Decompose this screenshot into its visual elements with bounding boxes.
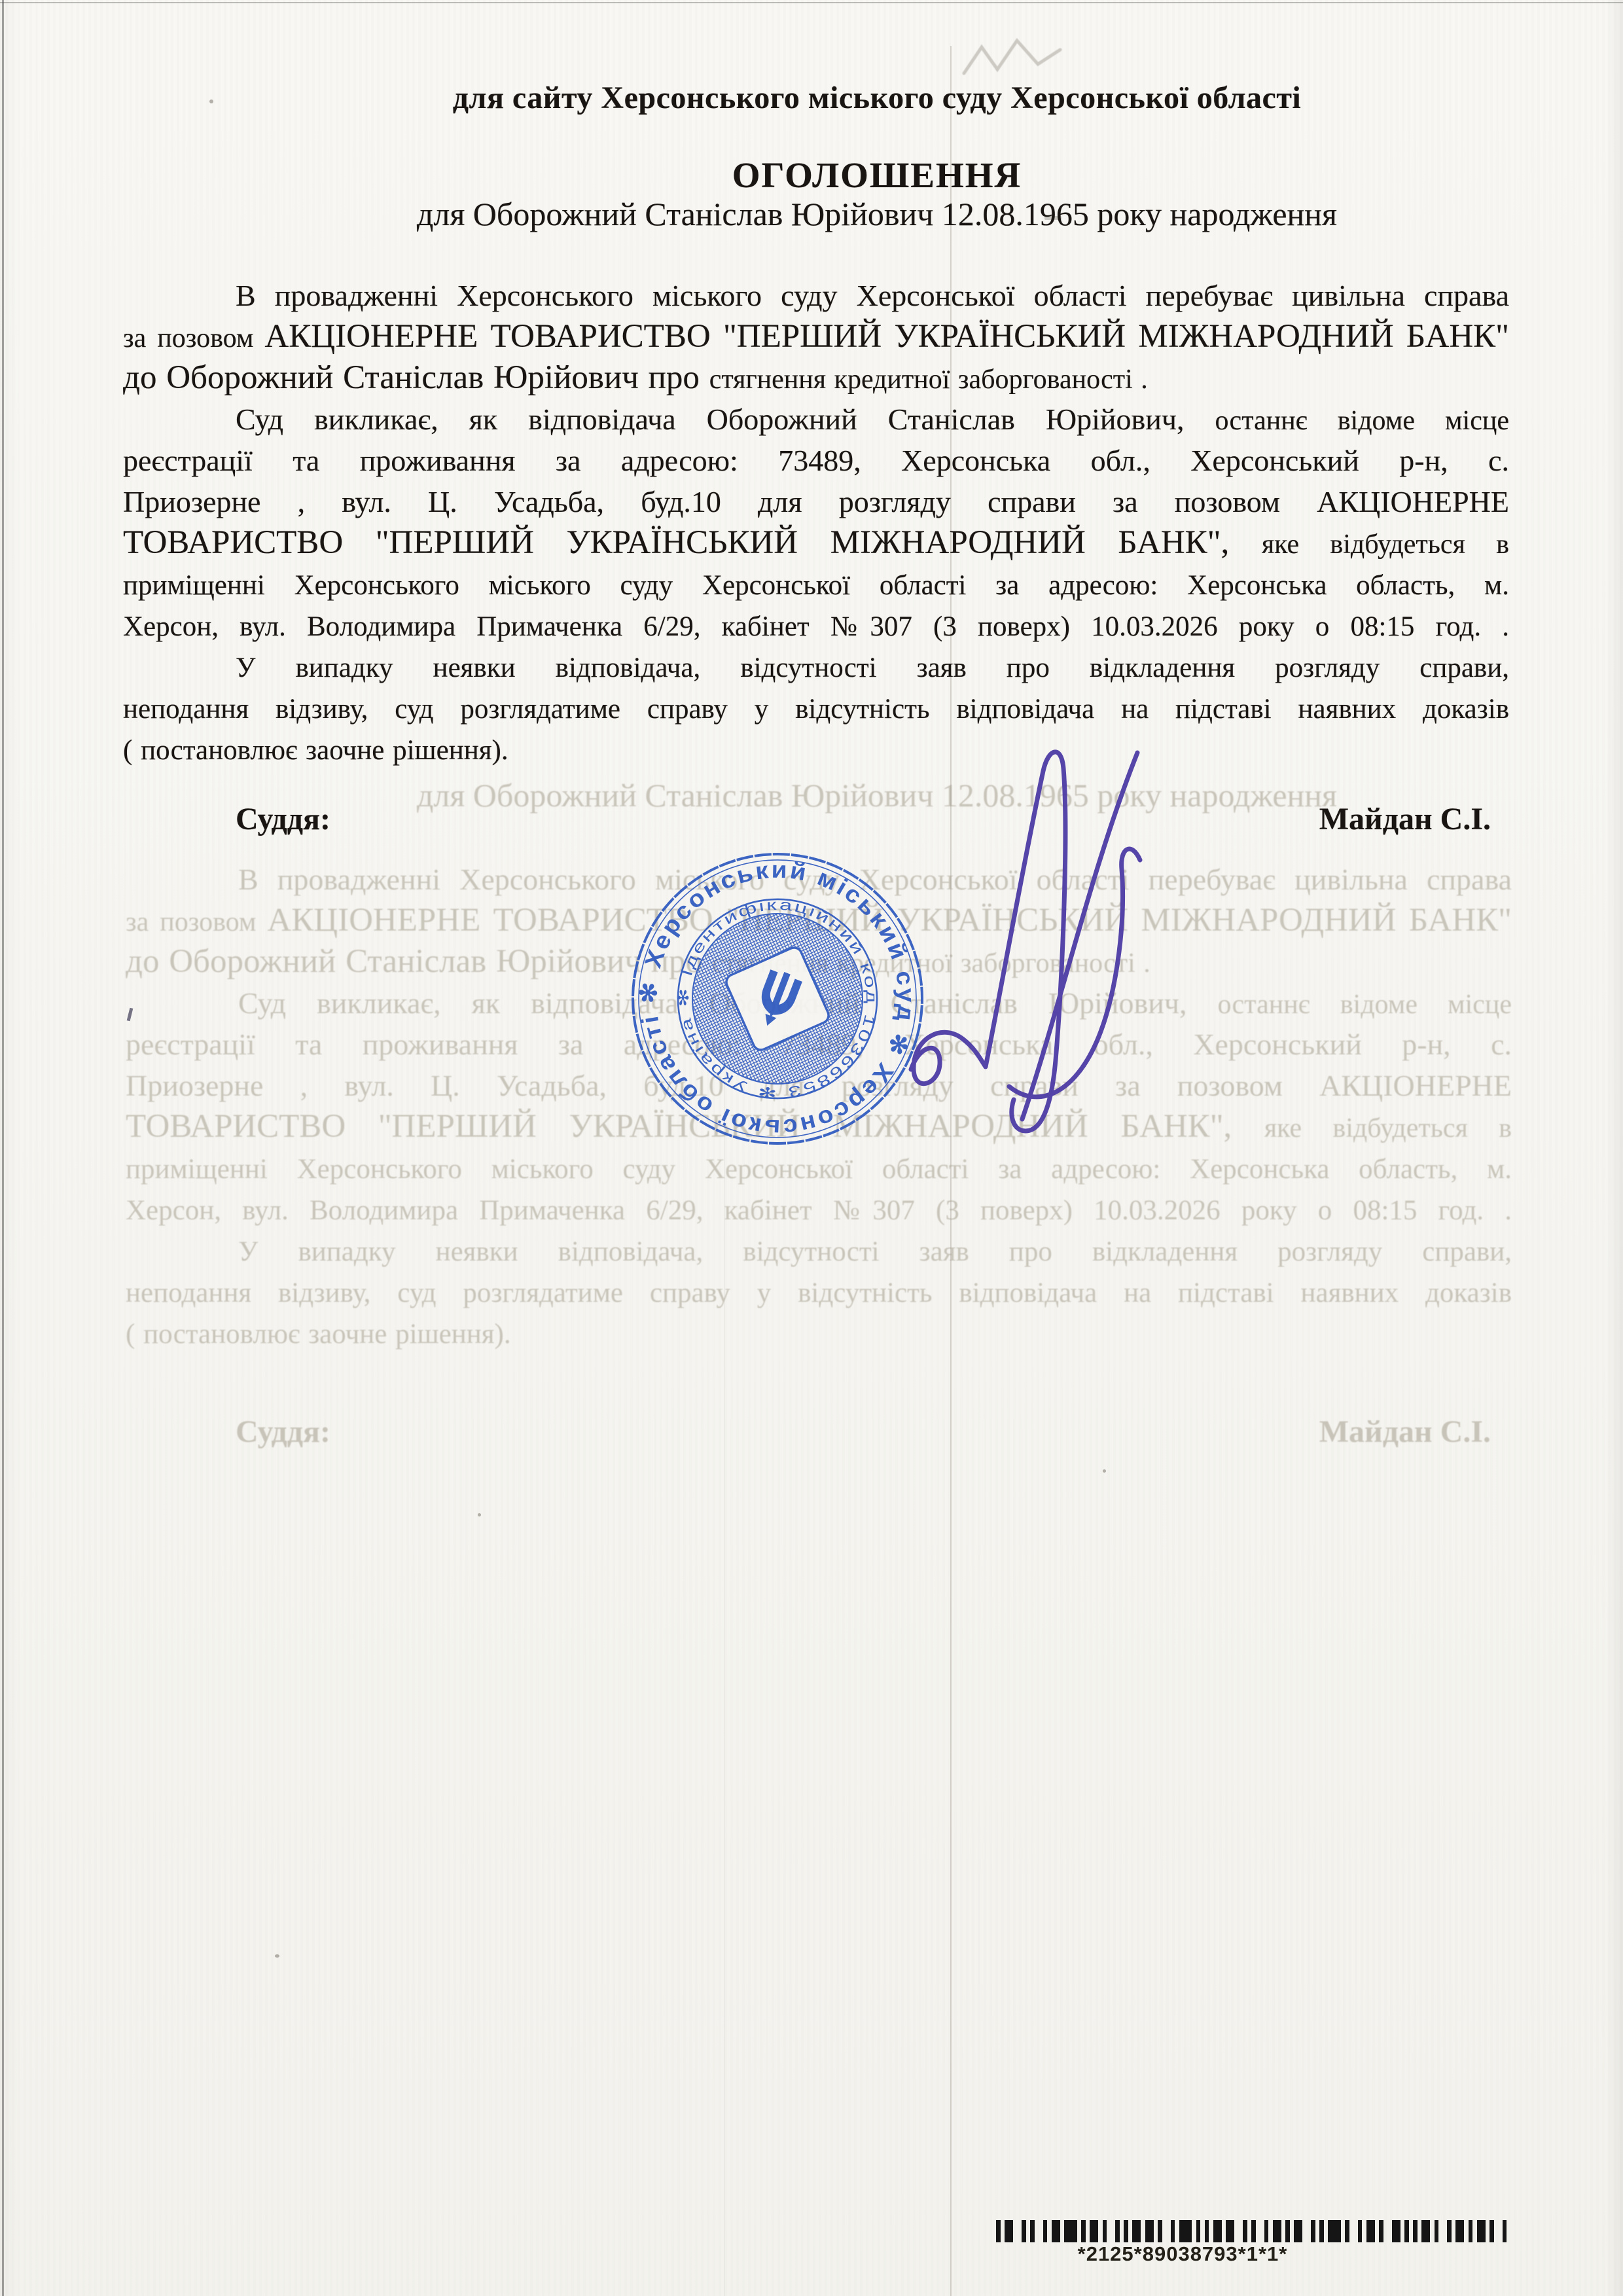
ghost-line: Херсон, вул. Володимира Примаченка 6/29,… — [126, 1189, 1512, 1230]
ghost-line: У випадку неявки відповідача, відсутност… — [126, 1230, 1512, 1271]
body-line: реєстрації та проживання за адресою: 734… — [123, 440, 1509, 481]
document-subtitle: для Оборожний Станіслав Юрійович 12.08.1… — [131, 195, 1623, 233]
judge-signature — [870, 695, 1211, 1153]
scan-edge-left — [2, 0, 4, 2296]
body-line: ( постановлює заочне рішення). — [123, 728, 1509, 770]
announcement-body: В провадженні Херсонського міського суду… — [123, 275, 1509, 770]
body-line: до Оборожний Станіслав Юрійович про стяг… — [123, 357, 1509, 399]
ghost-line: неподання відзиву, суд розглядатиме спра… — [126, 1271, 1512, 1312]
barcode-block: *2125*89038793*1*1* — [996, 2220, 1520, 2266]
barcode-label: *2125*89038793*1*1* — [996, 2242, 1369, 2266]
ghost-judge-name: Майдан С.І. — [1319, 1414, 1509, 1450]
body-line: за позовом АКЦІОНЕРНЕ ТОВАРИСТВО "ПЕРШИЙ… — [123, 316, 1509, 357]
barcode — [996, 2220, 1520, 2242]
body-line: У випадку неявки відповідача, відсутност… — [123, 646, 1509, 687]
speck — [275, 1954, 279, 1958]
body-line: приміщенні Херсонського міського суду Хе… — [123, 564, 1509, 605]
speck — [478, 1513, 481, 1516]
ghost-judge-row: Суддя: Майдан С.І. — [123, 1414, 1509, 1450]
body-line: ТОВАРИСТВО "ПЕРШИЙ УКРАЇНСЬКИЙ МІЖНАРОДН… — [123, 522, 1509, 564]
ghost-judge-label: Суддя: — [123, 1414, 330, 1450]
ghost-line: ( постановлює заочне рішення). — [126, 1312, 1512, 1354]
body-line: неподання відзиву, суд розглядатиме спра… — [123, 687, 1509, 728]
body-line: В провадженні Херсонського міського суду… — [123, 275, 1509, 316]
document-title: ОГОЛОШЕННЯ — [131, 154, 1623, 196]
scanned-court-document: для сайту Херсонського міського суду Хер… — [0, 0, 1623, 2296]
body-line: Приозерне , вул. Ц. Усадьба, буд.10 для … — [123, 481, 1509, 522]
scan-edge-right — [1606, 0, 1623, 2296]
scan-edge-top — [0, 2, 1623, 3]
speck — [1103, 1469, 1106, 1473]
body-line: Херсон, вул. Володимира Примаченка 6/29,… — [123, 605, 1509, 646]
site-header-line: для сайту Херсонського міського суду Хер… — [131, 80, 1623, 116]
body-line: Суд викликає, як відповідача Оборожний С… — [123, 399, 1509, 440]
